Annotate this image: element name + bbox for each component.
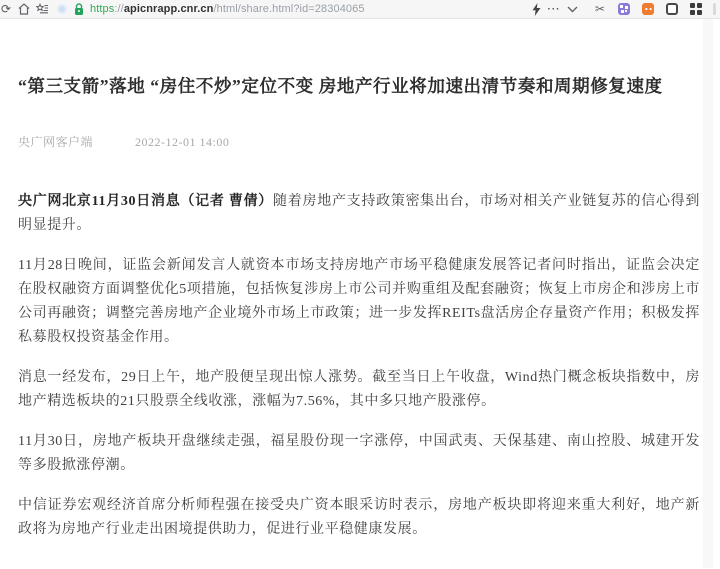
url-scheme: https	[90, 3, 114, 15]
game-extension-icon[interactable]	[639, 0, 657, 19]
chevron-down-icon[interactable]	[563, 0, 581, 19]
article-title: “第三支箭”落地 “房住不炒”定位不变 房地产行业将加速出清节奏和周期修复速度	[18, 19, 700, 100]
article-paragraph: 央广网北京11月30日消息（记者 曹倩）随着房地产支持政策密集出台，市场对相关产…	[18, 190, 700, 238]
web-page: “第三支箭”落地 “房住不炒”定位不变 房地产行业将加速出清节奏和周期修复速度 …	[0, 19, 720, 568]
url-domain: apicnrapp.cnr.cn	[124, 3, 214, 15]
lock-icon	[73, 3, 85, 16]
address-bar[interactable]: https://apicnrapp.cnr.cn/html/share.html…	[57, 3, 365, 16]
url-path: /html/share.html?id=28304065	[213, 3, 364, 15]
article-body: 央广网北京11月30日消息（记者 曹倩）随着房地产支持政策密集出台，市场对相关产…	[18, 190, 700, 542]
article-source: 央广网客户端	[18, 135, 93, 149]
scissors-icon[interactable]: ✂	[591, 0, 609, 19]
paragraph-lead: 央广网北京11月30日消息（记者 曹倩）	[18, 194, 273, 209]
article-paragraph: 11月30日，房地产板块开盘继续走强，福星股份现一字涨停，中国武夷、天保基建、南…	[18, 430, 700, 478]
article-paragraph: 中信证券宏观经济首席分析师程强在接受央广资本眼采访时表示，房地产板块即将迎来重大…	[18, 494, 700, 542]
purple-extension-icon[interactable]	[615, 0, 633, 19]
article-byline: 央广网客户端2022-12-01 14:00	[18, 133, 700, 150]
toolbar-right: ··· ✂	[527, 0, 720, 19]
article-paragraph: 消息一经发布，29日上午，地产股便呈现出惊人涨势。截至当日上午收盘，Wind热门…	[18, 366, 700, 414]
lightning-icon[interactable]	[527, 0, 545, 19]
url-separator: ://	[114, 3, 123, 15]
reload-icon[interactable]: ⟳	[0, 0, 15, 19]
article-paragraph: 11月28日晚间，证监会新闻发言人就资本市场支持房地产市场平稳健康发展答记者问时…	[18, 254, 700, 350]
home-icon[interactable]	[15, 0, 33, 19]
site-icon	[57, 4, 67, 14]
favorites-icon[interactable]	[33, 0, 51, 19]
apps-grid-icon[interactable]	[687, 0, 705, 19]
article-datetime: 2022-12-01 14:00	[135, 135, 229, 149]
browser-toolbar: ⟳ https://apicnrapp.cnr.cn/html/share.ht…	[0, 0, 720, 19]
more-icon[interactable]: ···	[545, 0, 563, 19]
scrollbar[interactable]	[703, 19, 713, 568]
toolbar-handle[interactable]	[713, 3, 716, 15]
window-capture-icon[interactable]	[663, 0, 681, 19]
url-text: https://apicnrapp.cnr.cn/html/share.html…	[90, 3, 365, 15]
